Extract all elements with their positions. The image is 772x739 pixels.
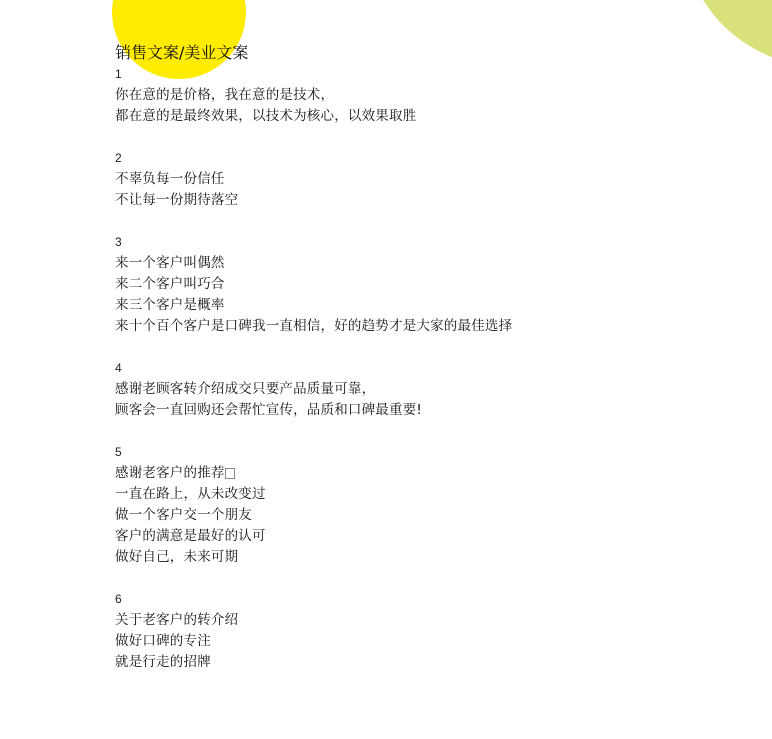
text-line: 来二个客户叫巧合 — [115, 274, 755, 295]
text-line: 不让每一份期待落空 — [115, 190, 755, 211]
section-4: 4 感谢老顾客转介绍成交只要产品质量可靠， 顾客会一直回购还会帮忙宣传，品质和口… — [115, 358, 755, 421]
text-line: 关于老客户的转介绍 — [115, 610, 755, 631]
section-number: 5 — [115, 442, 755, 463]
text-line: 一直在路上，从未改变过 — [115, 484, 755, 505]
paragraph-gap — [115, 421, 755, 442]
paragraph-gap — [115, 127, 755, 148]
document-body: 销售文案/美业文案 1 你在意的是价格，我在意的是技术， 都在意的是最终效果，以… — [115, 42, 755, 673]
paragraph-gap — [115, 568, 755, 589]
text-line: 来一个客户叫偶然 — [115, 253, 755, 274]
section-6: 6 关于老客户的转介绍 做好口碑的专注 就是行走的招牌 — [115, 589, 755, 673]
text-line: 感谢老客户的推荐 — [115, 465, 225, 481]
section-number: 3 — [115, 232, 755, 253]
section-number: 1 — [115, 64, 755, 85]
section-2: 2 不辜负每一份信任 不让每一份期待落空 — [115, 148, 755, 211]
text-line: 感谢老顾客转介绍成交只要产品质量可靠， — [115, 379, 755, 400]
text-line: 来十个百个客户是口碑我一直相信，好的趋势才是大家的最佳选择 — [115, 316, 755, 337]
text-line: 来三个客户是概率 — [115, 295, 755, 316]
text-line-with-marker: 感谢老客户的推荐 — [115, 463, 755, 484]
section-3: 3 来一个客户叫偶然 来二个客户叫巧合 来三个客户是概率 来十个百个客户是口碑我… — [115, 232, 755, 337]
section-1: 1 你在意的是价格，我在意的是技术， 都在意的是最终效果，以技术为核心，以效果取… — [115, 64, 755, 127]
text-line: 顾客会一直回购还会帮忙宣传，品质和口碑最重要! — [115, 400, 755, 421]
section-5: 5 感谢老客户的推荐 一直在路上，从未改变过 做一个客户交一个朋友 客户的满意是… — [115, 442, 755, 568]
document-title: 销售文案/美业文案 — [115, 42, 755, 64]
text-line: 做好口碑的专注 — [115, 631, 755, 652]
paragraph-gap — [115, 211, 755, 232]
text-line: 做一个客户交一个朋友 — [115, 505, 755, 526]
section-number: 6 — [115, 589, 755, 610]
missing-glyph-icon — [225, 468, 235, 479]
text-line: 都在意的是最终效果，以技术为核心，以效果取胜 — [115, 106, 755, 127]
paragraph-gap — [115, 337, 755, 358]
text-line: 做好自己，未来可期 — [115, 547, 755, 568]
text-line: 你在意的是价格，我在意的是技术， — [115, 85, 755, 106]
section-number: 2 — [115, 148, 755, 169]
section-number: 4 — [115, 358, 755, 379]
text-line: 就是行走的招牌 — [115, 652, 755, 673]
text-line: 不辜负每一份信任 — [115, 169, 755, 190]
text-line: 客户的满意是最好的认可 — [115, 526, 755, 547]
